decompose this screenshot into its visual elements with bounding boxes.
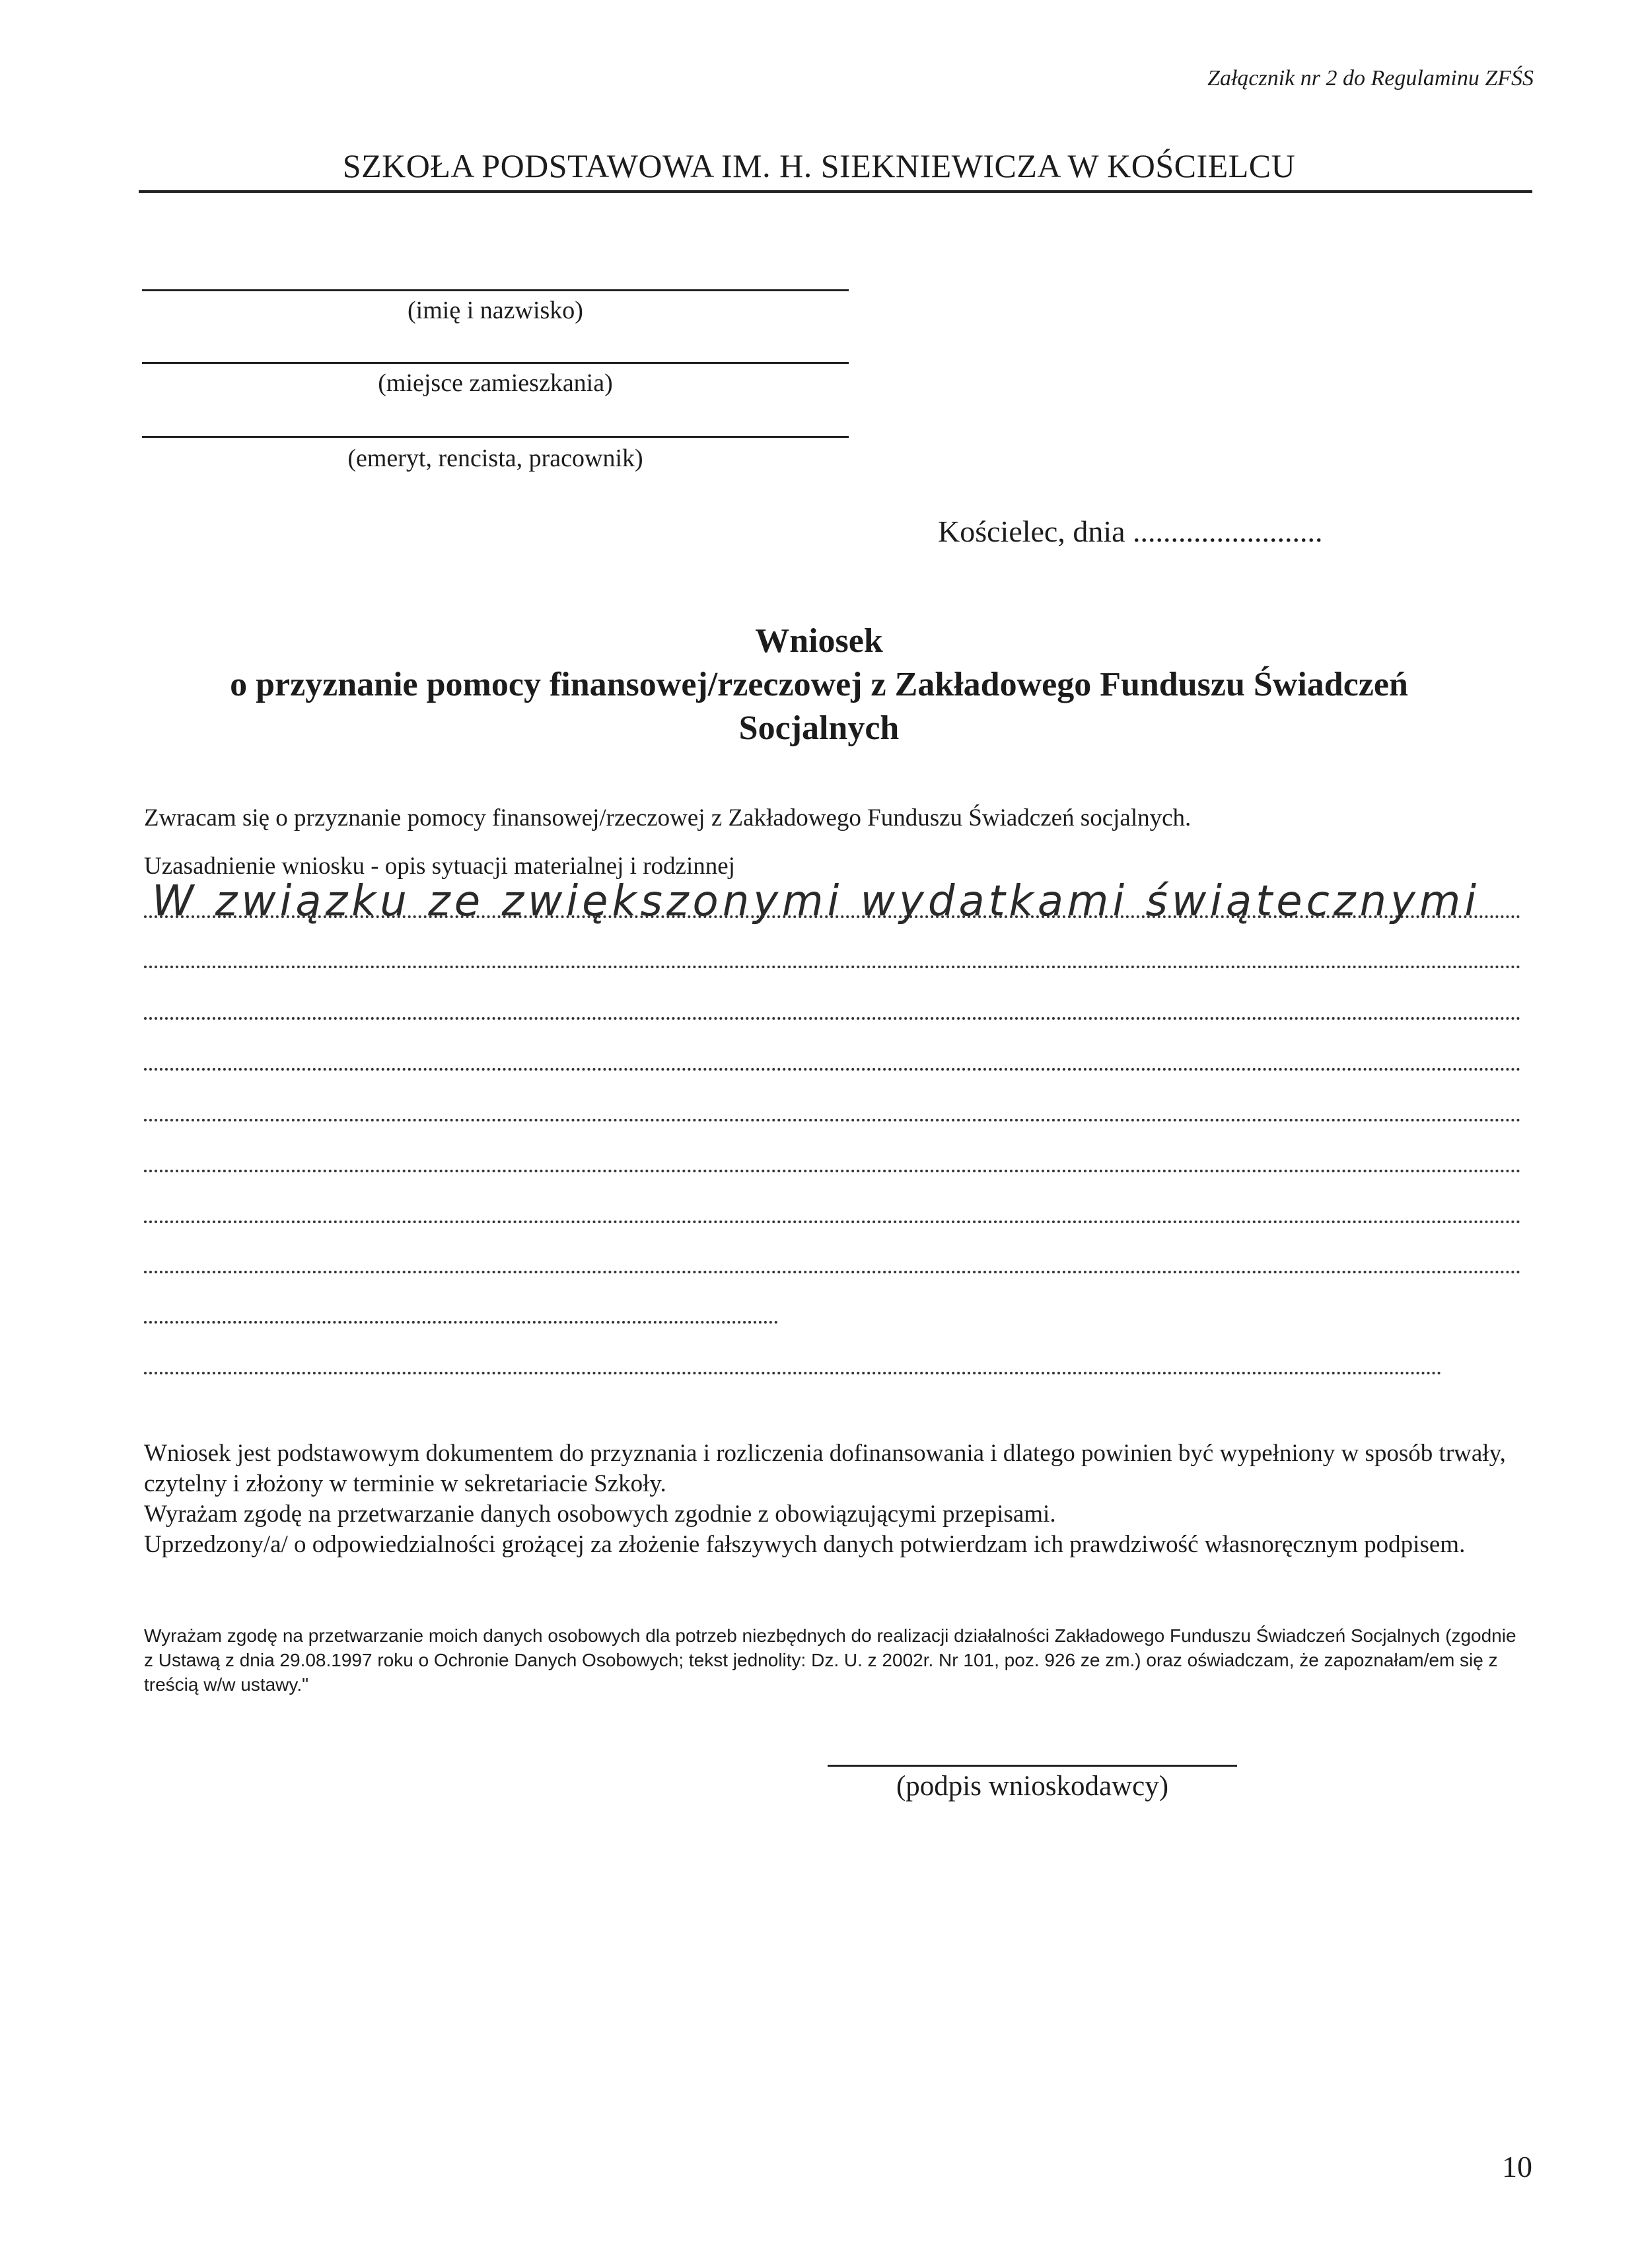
justification-line[interactable]	[144, 1119, 1521, 1121]
form-title-line3: Socjalnych	[0, 707, 1638, 750]
signature-field[interactable]	[828, 1765, 1237, 1767]
justification-line[interactable]	[144, 966, 1521, 968]
justification-label: Uzasadnienie wniosku - opis sytuacji mat…	[144, 852, 735, 880]
notice-paragraph-2: Wyrażam zgodę na przetwarzanie danych os…	[144, 1499, 1524, 1530]
notice-paragraph-3: Uprzedzony/a/ o odpowiedzialności grożąc…	[144, 1530, 1524, 1560]
justification-line[interactable]	[144, 1221, 1521, 1223]
address-field-caption: (miejsce zamieszkania)	[142, 369, 849, 398]
justification-line[interactable]	[144, 1170, 1521, 1172]
form-title-line2: o przyznanie pomocy finansowej/rzeczowej…	[0, 663, 1638, 707]
form-title-line1: Wniosek	[0, 620, 1638, 663]
justification-line[interactable]	[144, 915, 1521, 918]
notice-block: Wniosek jest podstawowym dokumentem do p…	[144, 1438, 1524, 1560]
justification-handwritten[interactable]: W związku ze zwiększonymi wydatkami świą…	[152, 877, 1480, 926]
status-field[interactable]	[142, 436, 849, 438]
header-divider	[139, 190, 1532, 193]
page-number: 10	[1502, 2149, 1532, 2184]
justification-line[interactable]	[144, 1372, 1442, 1374]
justification-line[interactable]	[144, 1068, 1521, 1071]
request-statement: Zwracam się o przyznanie pomocy finansow…	[144, 804, 1191, 832]
justification-line[interactable]	[144, 1321, 778, 1324]
place-date-label: Kościelec, dnia	[938, 514, 1125, 548]
address-field[interactable]	[142, 362, 849, 364]
gdpr-consent-clause: Wyrażam zgodę na przetwarzanie moich dan…	[144, 1623, 1518, 1697]
status-field-caption: (emeryt, rencista, pracownik)	[142, 444, 849, 473]
date-field[interactable]: .........................	[1133, 514, 1323, 548]
notice-paragraph-1: Wniosek jest podstawowym dokumentem do p…	[144, 1438, 1524, 1499]
place-date: Kościelec, dnia ........................…	[938, 514, 1323, 549]
signature-caption: (podpis wnioskodawcy)	[828, 1770, 1237, 1802]
name-field[interactable]	[142, 289, 849, 291]
justification-line[interactable]	[144, 1017, 1521, 1020]
form-title: Wniosek o przyznanie pomocy finansowej/r…	[0, 620, 1638, 750]
school-name: SZKOŁA PODSTAWOWA IM. H. SIEKNIEWICZA W …	[0, 147, 1638, 185]
justification-line[interactable]	[144, 1271, 1521, 1273]
annex-reference: Załącznik nr 2 do Regulaminu ZFŚS	[1207, 66, 1534, 91]
name-field-caption: (imię i nazwisko)	[142, 296, 849, 325]
